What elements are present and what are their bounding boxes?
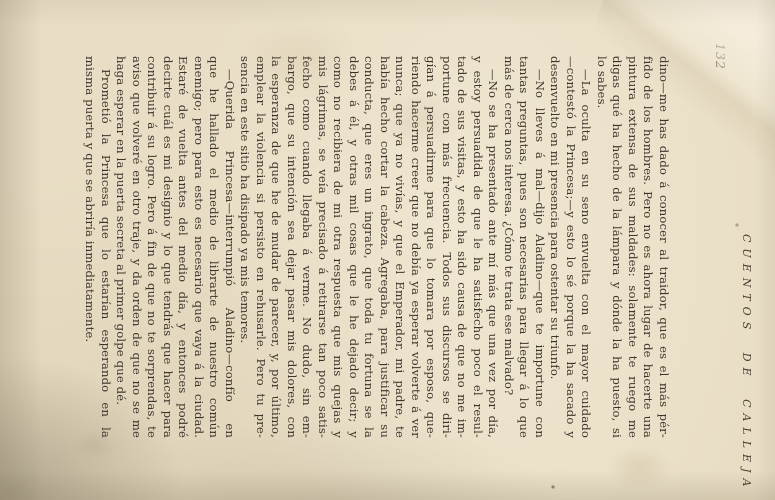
text-line: desenvuelto en mi presencia para ostenta…	[547, 56, 563, 438]
scanned-book-page: CUENTOS DE CALLEJA 132 dino—me has dado …	[0, 0, 775, 500]
text-line: debes á él, y otras mil cosas que le he …	[346, 56, 362, 438]
page-number: 132	[713, 43, 728, 70]
text-line: dino—me has dado á conocer al traidor, q…	[656, 56, 672, 438]
text-line: como no recibiera de mi otra respuesta q…	[330, 56, 346, 438]
text-line: digas qué ha hecho de la lámpara y dónde…	[609, 56, 625, 438]
text-line: bargo, que su intención sea dejar pasar …	[284, 56, 300, 438]
text-line: emplear la violencia si persisto en rehu…	[253, 56, 269, 438]
text-line: y estoy persuadida de que le ha satisfec…	[470, 56, 486, 438]
text-line: fecho como cuando llegaba á verme. No du…	[299, 56, 315, 438]
text-line: pintura extensa de sus maldades: solamen…	[625, 56, 641, 438]
text-line: misma puerta y que se abriría inmediatam…	[82, 56, 98, 438]
text-line: la esperanza de que he de mudar de parec…	[268, 56, 284, 438]
text-line: aviso que volveré en otro traje, y da or…	[129, 56, 145, 438]
text-line: portune con más frecuencia. Todos sus di…	[439, 56, 455, 438]
text-line: gían á persuadirme para que lo tomara po…	[423, 56, 439, 438]
text-line: riendo hacerme creer que no debía ya esp…	[408, 56, 424, 438]
text-line: enemigo; pero para esto es necesario que…	[191, 56, 207, 438]
text-line: Prometió la Princesa que lo estarían esp…	[98, 56, 114, 438]
text-line: sencia en este sitio ha disipado ya mis …	[237, 56, 253, 438]
text-line: decirte cuál es mi designio y lo que ten…	[160, 56, 176, 438]
text-line: había hecho cortar la cabeza. Agregaba, …	[377, 56, 393, 438]
text-line: Estaré de vuelta antes del medio día, y …	[175, 56, 191, 438]
text-line: —No se ha presentado ante mí más que una…	[485, 56, 501, 438]
text-line: que he hallado el medio de librarte de n…	[206, 56, 222, 438]
text-line: —contestó la Princesa;—y esto lo sé porq…	[563, 56, 579, 438]
page-body: dino—me has dado á conocer al traidor, q…	[82, 56, 671, 438]
text-line: fido de los hombres. Pero no es ahora lu…	[640, 56, 656, 438]
text-line: haga esperar en la puerta secreta al pri…	[113, 56, 129, 438]
text-line: mis lágrimas, se veía precisado á retira…	[315, 56, 331, 438]
text-line: tado de sus visitas, y esto ha sido caus…	[454, 56, 470, 438]
running-title: CUENTOS DE CALLEJA	[740, 234, 753, 492]
text-line: —Querida Princesa—interrumpió Aladino—co…	[222, 56, 238, 438]
text-line: más de cerca nos interesa. ¿Cómo te trat…	[501, 56, 517, 438]
text-line: conducta, que eres un ingrato, que toda …	[361, 56, 377, 438]
text-line: lo sabes.	[594, 56, 610, 438]
text-line: nunca; que ya no vivías, y que el Empera…	[392, 56, 408, 438]
text-line: contribuir á su logro. Pero á fin de que…	[144, 56, 160, 438]
text-line: —La oculta en su seno envuelta con el ma…	[578, 56, 594, 438]
text-line: —No lleves á mal—dijo Aladino—que te imp…	[532, 56, 548, 438]
book-page-rotated: CUENTOS DE CALLEJA 132 dino—me has dado …	[0, 0, 775, 500]
text-line: tantas preguntas, pues son necesarias pa…	[516, 56, 532, 438]
